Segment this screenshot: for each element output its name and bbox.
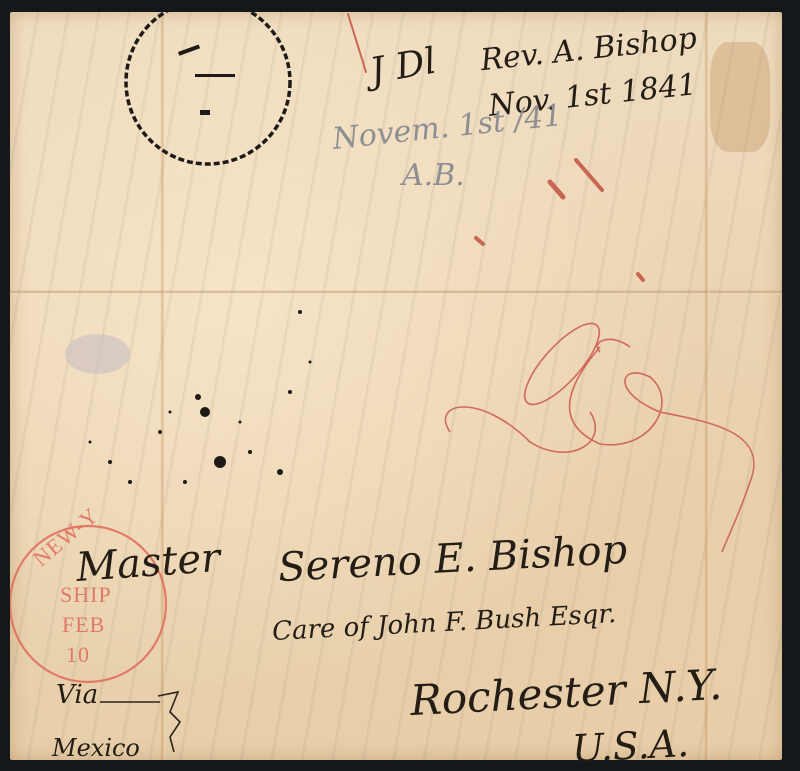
routing-mexico: Mexico [52,734,140,762]
black-circular-postmark [126,12,290,164]
routing-via: Via [56,680,98,710]
postmark-inner-marks [178,44,235,115]
postmark-day: 10 [66,642,90,668]
letter-sheet: NEW-Y SHIP FEB 10 J Dl Rev. A. Bishop No… [10,12,782,760]
address-country: U.S.A. [571,721,690,771]
routing-brace [158,692,180,752]
pencil-initials: A.B. [402,158,465,193]
red-rate-marking [445,313,753,552]
ink-spatter [89,310,312,484]
postmark-month: FEB [62,612,105,638]
